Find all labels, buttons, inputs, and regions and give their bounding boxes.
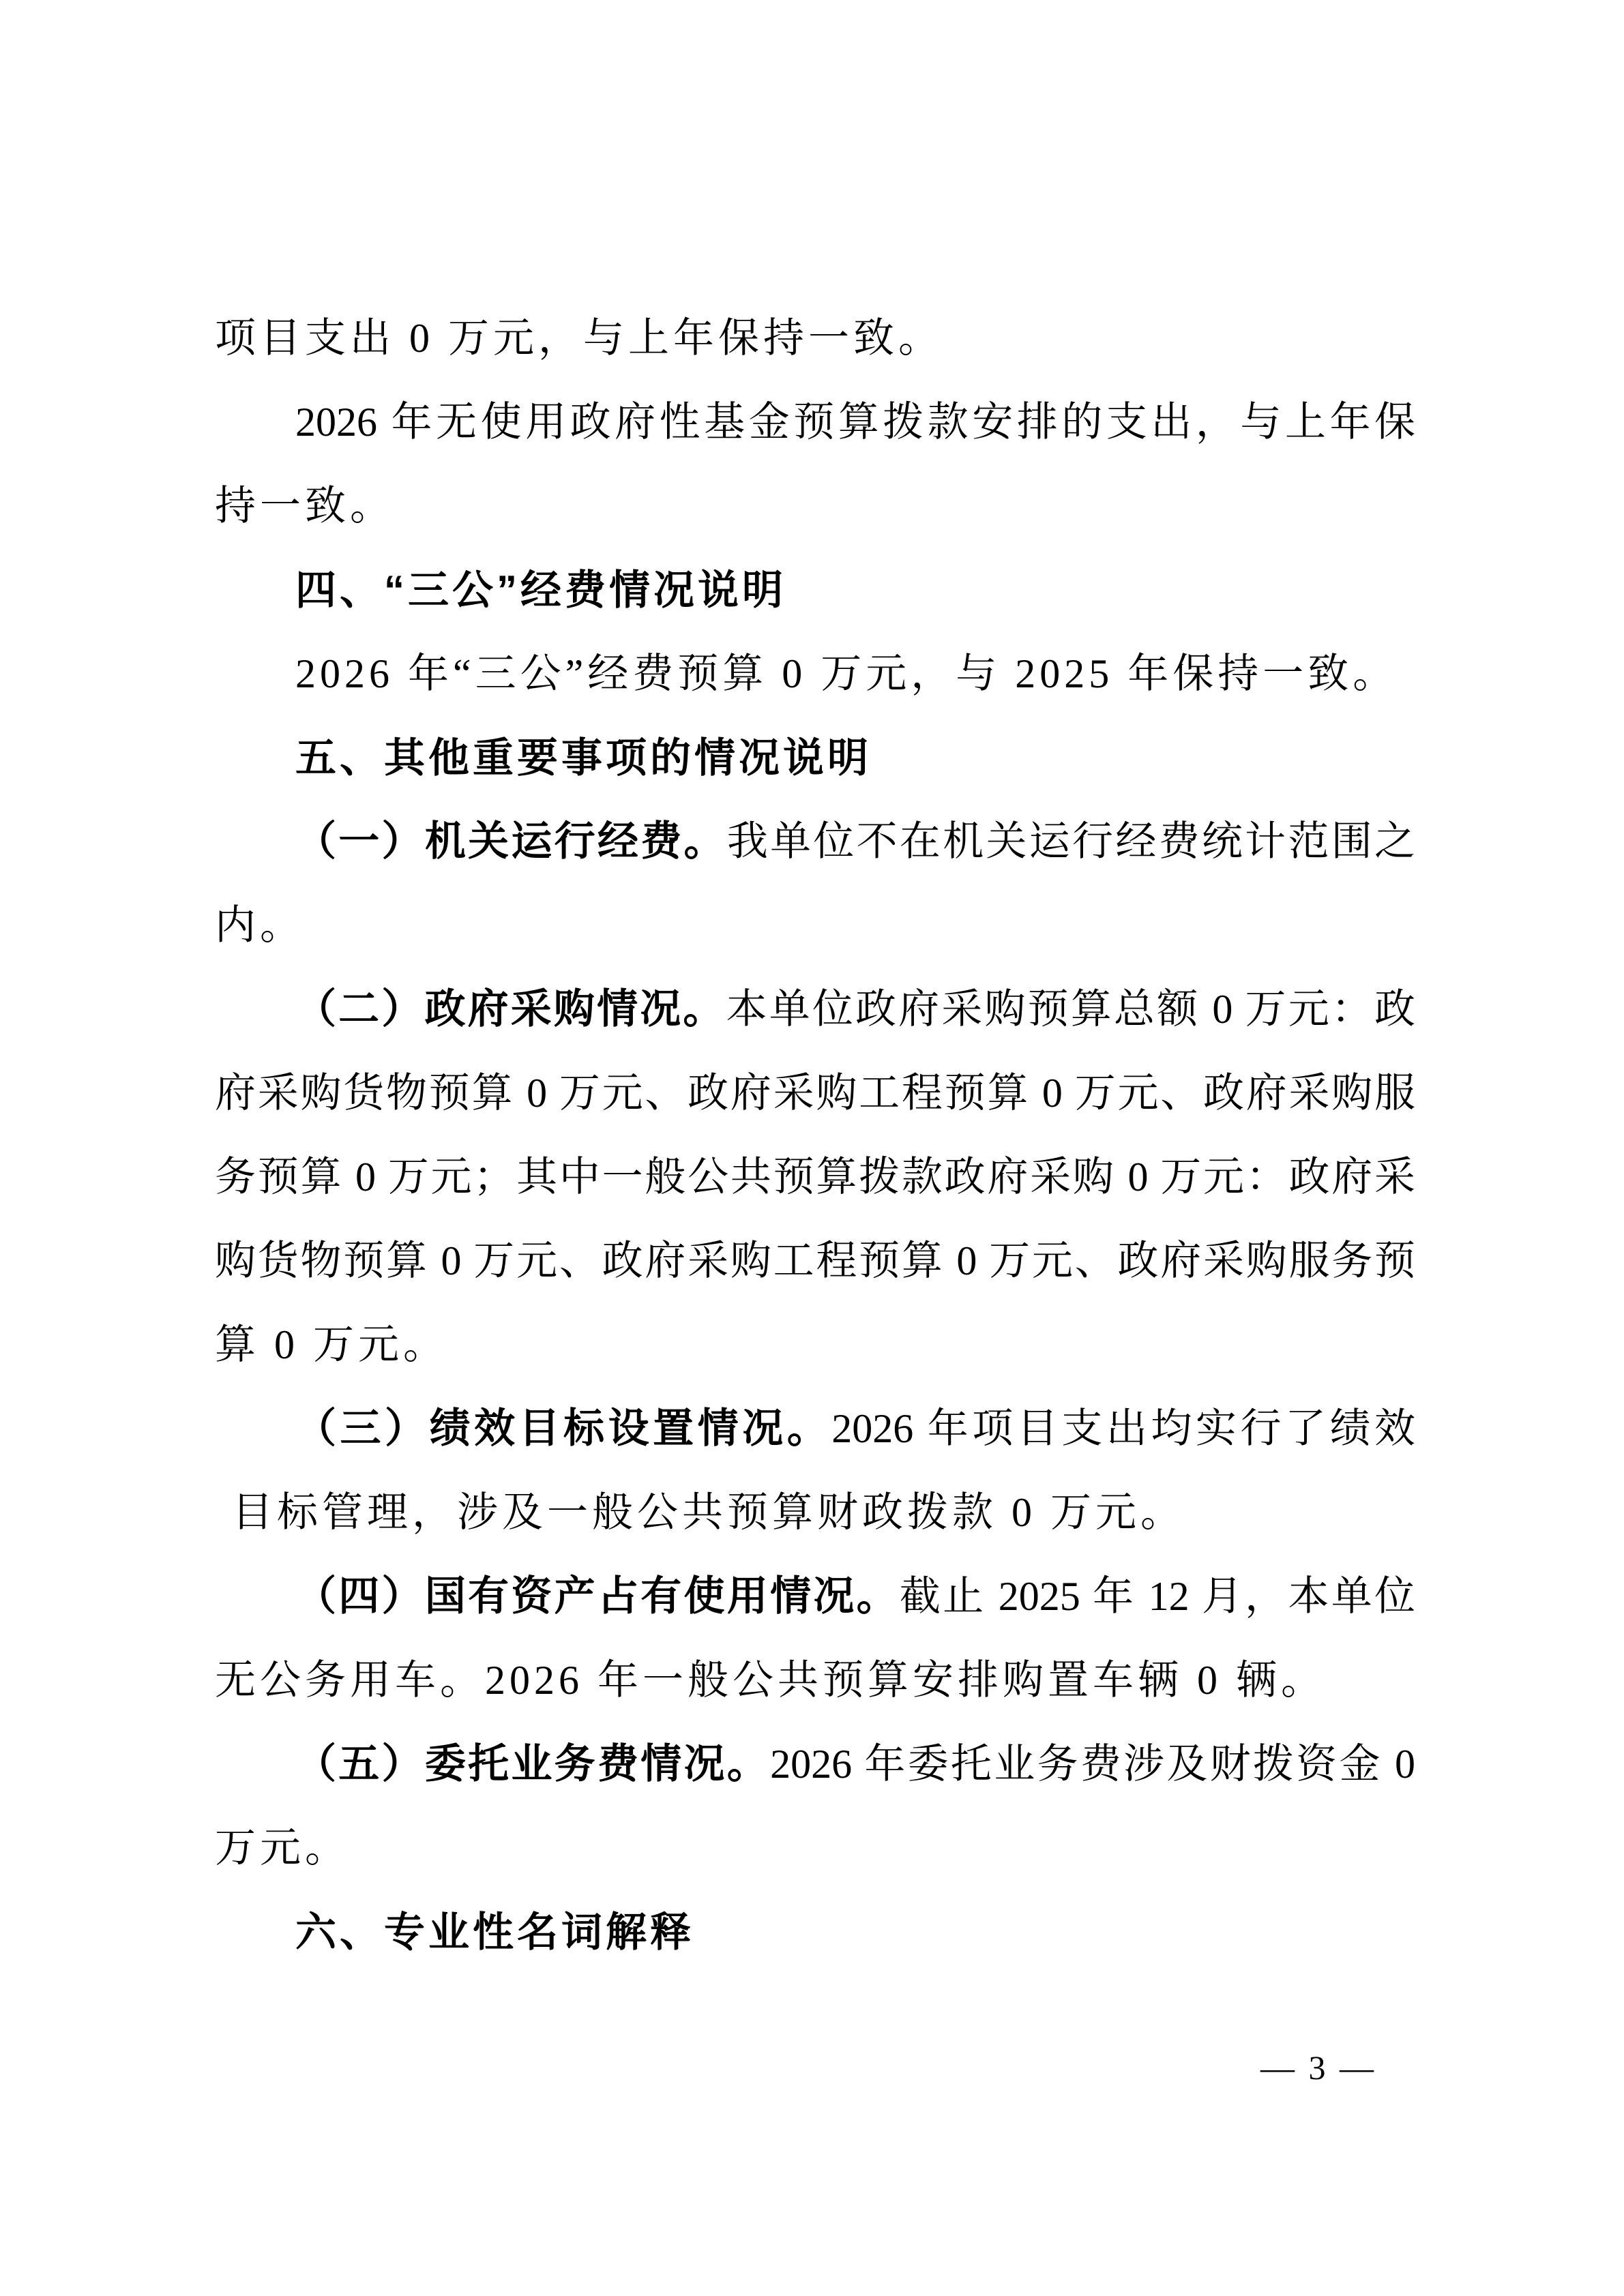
text-segment: 2026 年委托业务费涉及财拨资金 0	[770, 1742, 1415, 1787]
text-line: （二）政府采购情况。本单位政府采购预算总额 0 万元：政	[215, 968, 1415, 1052]
text-segment: 我单位不在机关运行经费统计范围之	[727, 819, 1415, 864]
document-page: 项目支出 0 万元，与上年保持一致。2026 年无使用政府性基金预算拨款安排的支…	[0, 0, 1624, 2296]
text-segment: 2026 年无使用政府性基金预算拨款安排的支出，与上年保	[295, 400, 1415, 445]
text-line: 持一致。	[215, 464, 1415, 548]
paragraph-lead: （二）政府采购情况。	[295, 987, 726, 1032]
text-line: 万元。	[215, 1806, 1415, 1890]
text-segment: 内。	[215, 903, 305, 948]
text-line: 2026 年无使用政府性基金预算拨款安排的支出，与上年保	[215, 381, 1415, 464]
text-segment: 项目支出 0 万元，与上年保持一致。	[215, 316, 943, 361]
paragraph-lead: 六、专业性名词解释	[295, 1909, 694, 1955]
paragraph-lead: 四、“三公”经费情况说明	[295, 567, 786, 613]
heading-line: 五、其他重要事项的情况说明	[215, 716, 1415, 800]
text-line: 2026 年“三公”经费预算 0 万元，与 2025 年保持一致。	[215, 632, 1415, 716]
text-line: 目标管理，涉及一般公共预算财政拨款 0 万元。	[215, 1471, 1415, 1555]
text-line: 项目支出 0 万元，与上年保持一致。	[215, 297, 1415, 381]
text-segment: 算 0 万元。	[215, 1322, 448, 1367]
text-line: 购货物预算 0 万元、政府采购工程预算 0 万元、政府采购服务预	[215, 1219, 1415, 1303]
text-line: 务预算 0 万元；其中一般公共预算拨款政府采购 0 万元：政府采	[215, 1135, 1415, 1219]
paragraph-lead: （一）机关运行经费。	[295, 819, 727, 864]
text-line: （三）绩效目标设置情况。2026 年项目支出均实行了绩效	[215, 1387, 1415, 1471]
paragraph-lead: （四）国有资产占有使用情况。	[295, 1574, 900, 1619]
text-segment: 府采购货物预算 0 万元、政府采购工程预算 0 万元、政府采购服	[215, 1071, 1415, 1116]
document-body: 项目支出 0 万元，与上年保持一致。2026 年无使用政府性基金预算拨款安排的支…	[215, 297, 1415, 1974]
text-line: 无公务用车。2026 年一般公共预算安排购置车辆 0 辆。	[215, 1639, 1415, 1723]
text-segment: 2026 年项目支出均实行了绩效	[831, 1406, 1415, 1451]
heading-line: 六、专业性名词解释	[215, 1890, 1415, 1974]
text-segment: 持一致。	[215, 483, 395, 528]
text-segment: 截止 2025 年 12 月，本单位	[900, 1574, 1415, 1619]
text-line: 府采购货物预算 0 万元、政府采购工程预算 0 万元、政府采购服	[215, 1052, 1415, 1135]
text-line: （五）委托业务费情况。2026 年委托业务费涉及财拨资金 0	[215, 1723, 1415, 1806]
page-number: — 3 —	[1260, 2047, 1376, 2088]
paragraph-lead: （三）绩效目标设置情况。	[295, 1406, 831, 1451]
text-segment: 2026 年“三公”经费预算 0 万元，与 2025 年保持一致。	[295, 651, 1398, 696]
text-line: （一）机关运行经费。我单位不在机关运行经费统计范围之	[215, 800, 1415, 884]
paragraph-lead: （五）委托业务费情况。	[295, 1742, 770, 1787]
paragraph-lead: 五、其他重要事项的情况说明	[295, 735, 872, 781]
text-segment: 万元。	[215, 1825, 350, 1870]
text-segment: 目标管理，涉及一般公共预算财政拨款 0 万元。	[232, 1490, 1185, 1535]
text-line: 算 0 万元。	[215, 1303, 1415, 1387]
text-segment: 务预算 0 万元；其中一般公共预算拨款政府采购 0 万元：政府采	[215, 1154, 1415, 1199]
text-segment: 无公务用车。2026 年一般公共预算安排购置车辆 0 辆。	[215, 1658, 1326, 1703]
text-segment: 本单位政府采购预算总额 0 万元：政	[726, 987, 1415, 1032]
text-line: 内。	[215, 884, 1415, 968]
text-line: （四）国有资产占有使用情况。截止 2025 年 12 月，本单位	[215, 1555, 1415, 1639]
text-segment: 购货物预算 0 万元、政府采购工程预算 0 万元、政府采购服务预	[215, 1238, 1415, 1283]
heading-line: 四、“三公”经费情况说明	[215, 548, 1415, 632]
